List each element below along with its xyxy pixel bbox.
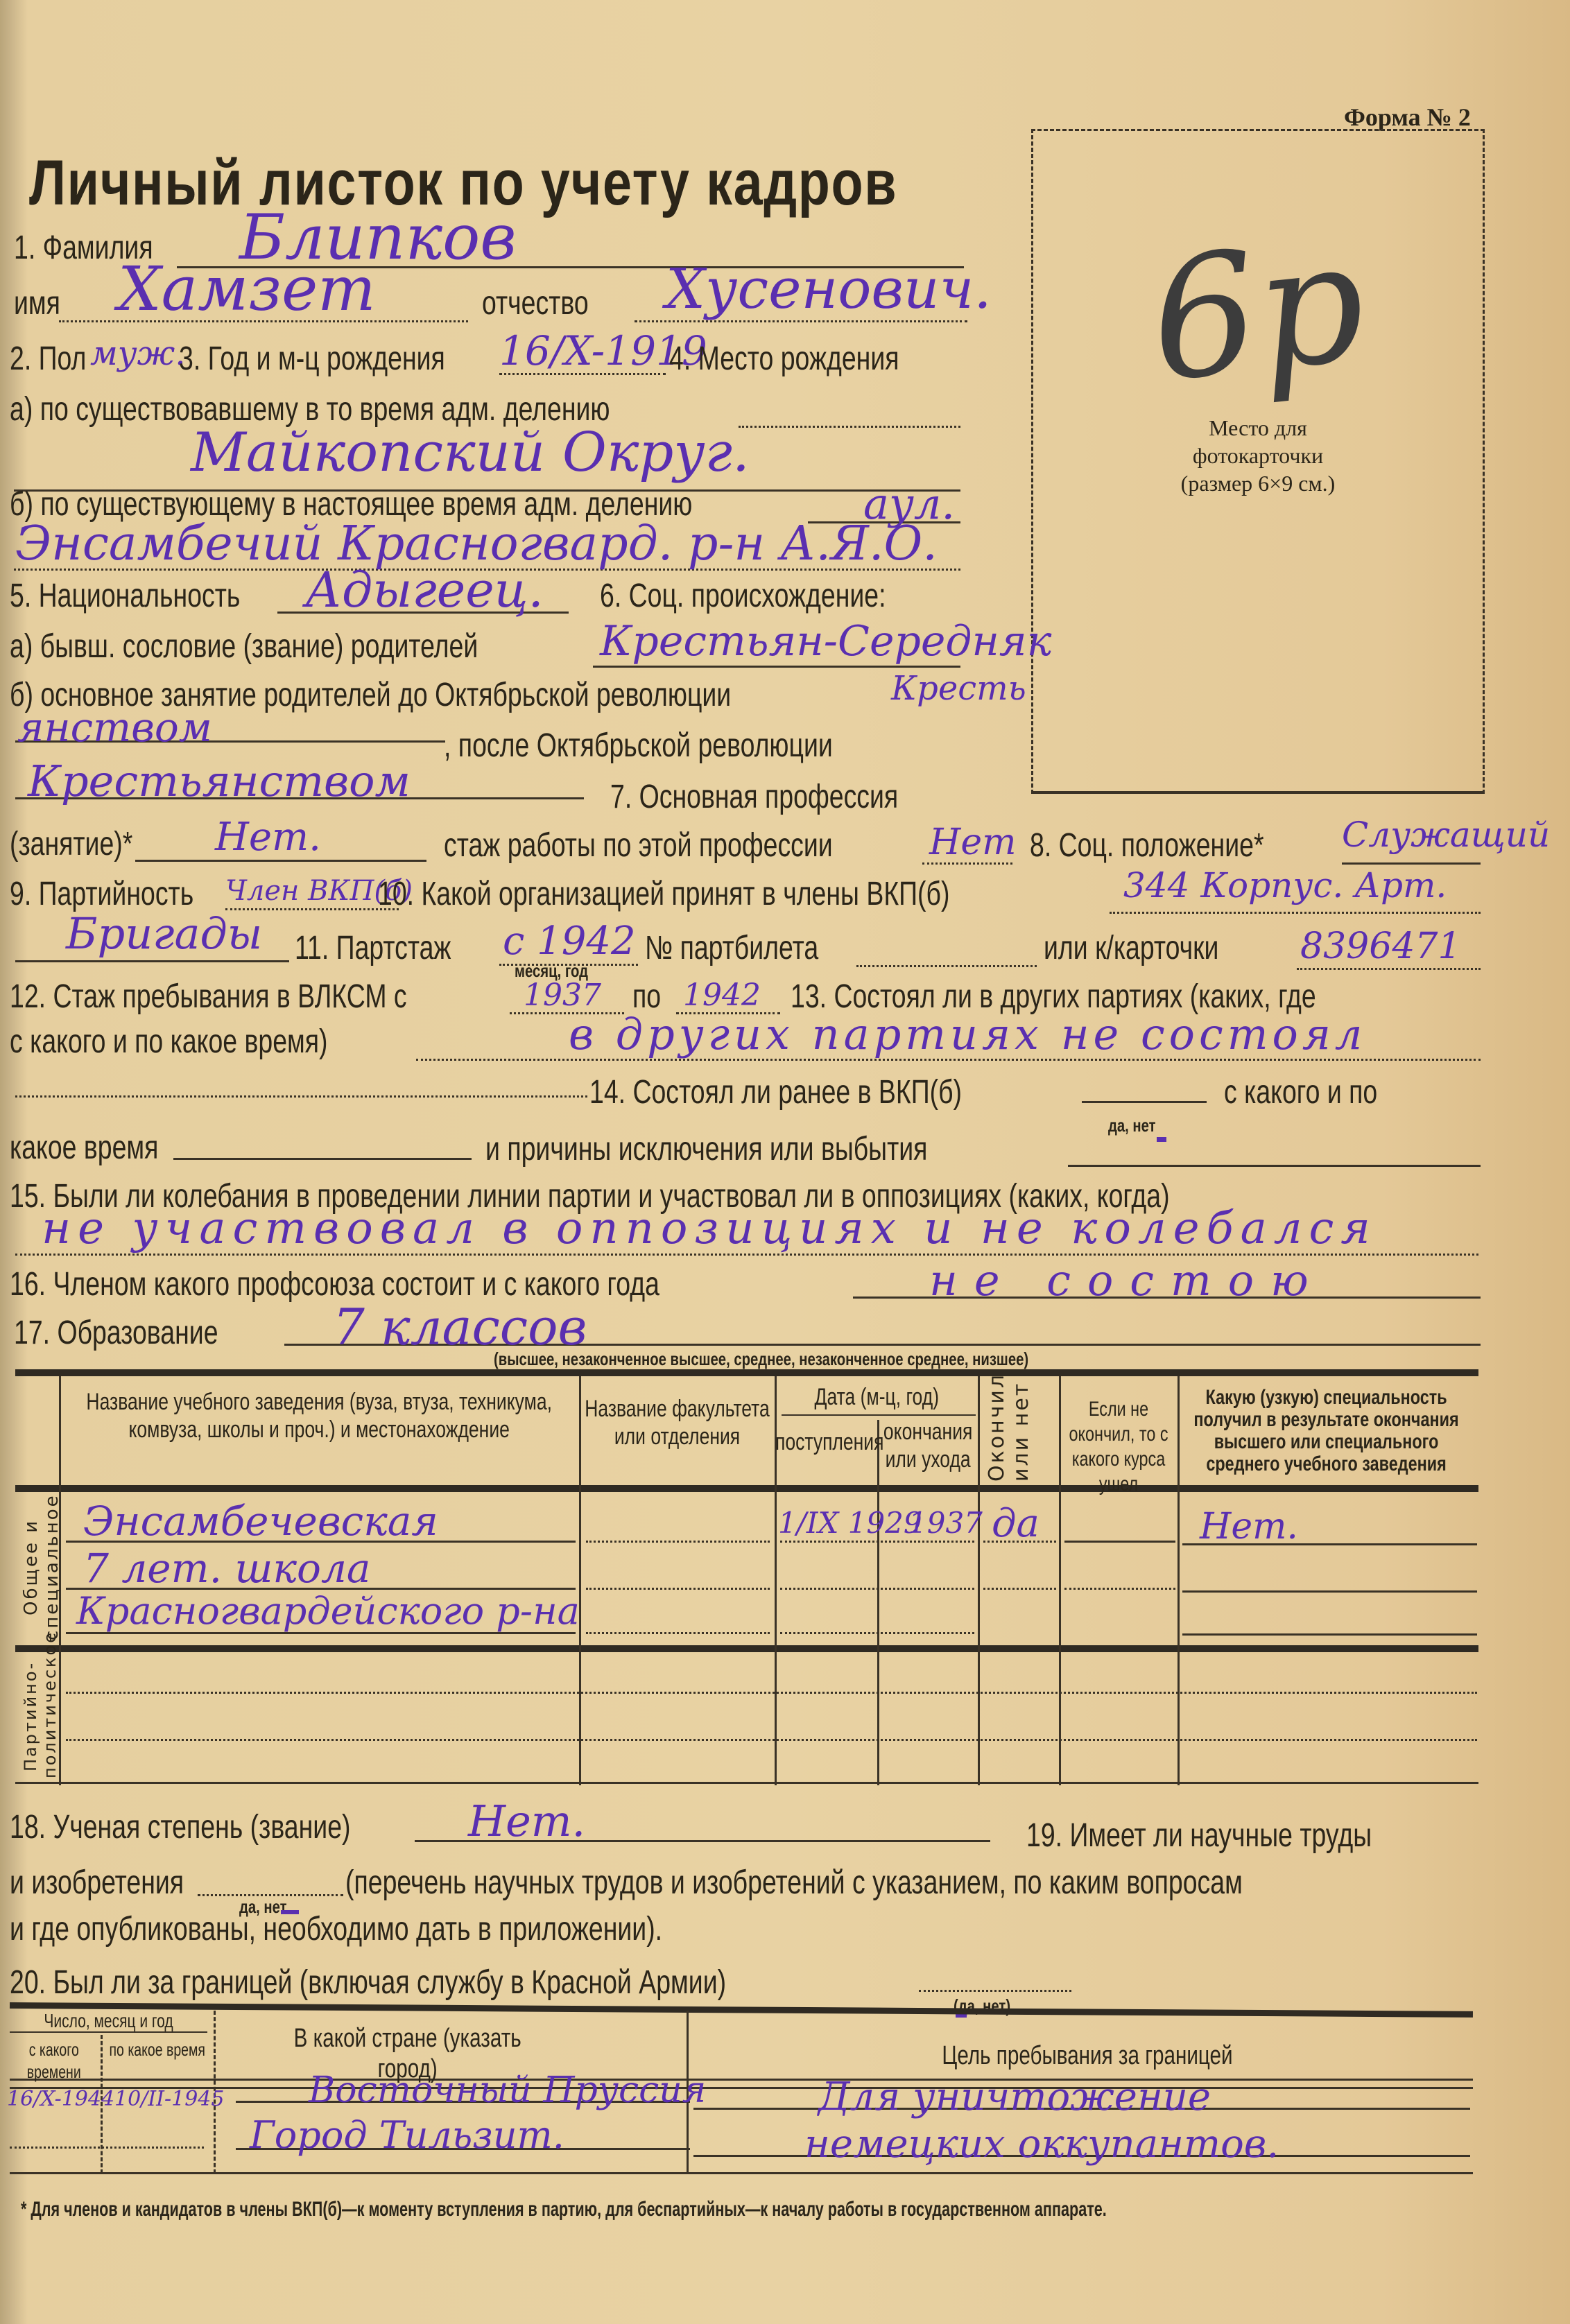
abroad-from[interactable]: 16/X-1944	[7, 2087, 114, 2111]
former-vkpb-label: 14. Состоял ли ранее в ВКП(б)	[589, 1073, 962, 1111]
section-general: Общее и специальное	[21, 1491, 55, 1643]
abroad-country-line1[interactable]: Восточный Пруссия	[309, 2070, 706, 2111]
experience-label: стаж работы по этой профессии	[444, 826, 833, 865]
abroad-header-to: по какое время	[103, 2038, 212, 2061]
birth-date-label: 3. Год и м-ц рождения	[179, 340, 445, 378]
edu-entered[interactable]: 1/IX 1929	[778, 1506, 922, 1540]
education-label: 17. Образование	[14, 1314, 218, 1352]
org-label: 10. Какой организацией принят в члены ВК…	[378, 875, 949, 913]
profession-value[interactable]: Нет.	[215, 815, 321, 860]
nationality-label: 5. Национальность	[10, 577, 240, 615]
former-vkpb-reasons-label: и причины исключения или выбытия	[485, 1130, 927, 1168]
header-entered: поступления	[775, 1428, 878, 1456]
edu-school-line1[interactable]: Энсамбечевская	[83, 1498, 438, 1545]
works-label: 19. Имеет ли научные труды	[1026, 1816, 1372, 1855]
degree-label: 18. Ученая степень (звание)	[10, 1808, 350, 1846]
education-value[interactable]: 7 классов	[333, 1298, 587, 1356]
patronymic-value[interactable]: Хусенович.	[666, 257, 992, 321]
edu-school-line2[interactable]: 7 лет. школа	[83, 1545, 370, 1592]
photo-label-3: (размер 6×9 см.)	[1033, 471, 1483, 496]
komsomol-label: 12. Стаж пребывания в ВЛКСМ с	[10, 978, 407, 1016]
occupation-after-label: , после Октябрьской революции	[444, 727, 833, 765]
party-tenure-value[interactable]: с 1942	[503, 919, 636, 964]
sex-label: 2. Пол	[10, 340, 86, 378]
photo-label-1: Место для	[1033, 415, 1483, 441]
occupation-before-value-1[interactable]: Кресть	[891, 669, 1026, 708]
org-value-1[interactable]: 344 Корпус. Арт.	[1123, 865, 1447, 905]
works-label-2: и изобретения	[10, 1864, 184, 1902]
header-course: Если не окончил, то с какого курса ушел	[1060, 1397, 1177, 1497]
edu-school-line3[interactable]: Красногвардейского р-на	[76, 1589, 580, 1633]
header-specialty: Какую (узкую) специальность получил в ре…	[1179, 1387, 1474, 1475]
header-finished: Окончил или нет	[985, 1381, 1051, 1482]
pencil-mark: 6р	[1141, 204, 1373, 419]
abroad-header-from: с какого времени	[10, 2038, 98, 2083]
edu-finished[interactable]: да	[992, 1501, 1040, 1546]
union-value[interactable]: не состою	[929, 1255, 1325, 1306]
name-value[interactable]: Хамзет	[118, 253, 376, 324]
party-card-label: № партбилета	[645, 929, 818, 967]
profession-label: 7. Основная профессия	[610, 778, 898, 816]
name-label: имя	[14, 284, 60, 322]
photo-label-2: фотокарточки	[1033, 443, 1483, 469]
nationality-value[interactable]: Адыгеец.	[305, 562, 544, 618]
estate-label: а) бывш. сословие (звание) родителей	[10, 627, 478, 666]
abroad-purpose-line1[interactable]: Для уничтожение	[818, 2074, 1211, 2119]
header-faculty: Название факультета или отделения	[583, 1395, 772, 1450]
abroad-label: 20. Был ли за границей (включая службу в…	[10, 1963, 726, 2002]
former-vkpb-time-label: какое время	[10, 1129, 158, 1167]
former-vkpb-from-label: с какого и по	[1224, 1073, 1377, 1111]
estate-value[interactable]: Крестьян-Середняк	[600, 617, 1051, 666]
other-parties-label-2: с какого и по какое время)	[10, 1023, 328, 1061]
works-text-2: и где опубликованы, необходимо дать в пр…	[10, 1910, 662, 1948]
edu-left[interactable]: 1937	[908, 1506, 983, 1540]
section-party: Партийно-политическое	[21, 1654, 55, 1778]
org-value-2[interactable]: Бригады	[66, 908, 262, 959]
occupation-after-value[interactable]: Крестьянством	[28, 756, 411, 806]
header-left: окончания или ухода	[878, 1418, 978, 1473]
party-label: 9. Партийность	[10, 875, 193, 913]
candidate-card-label: или к/карточки	[1044, 929, 1218, 967]
header-date-group: Дата (м-ц, год)	[777, 1383, 977, 1411]
header-school: Название учебного заведения (вуза, втуза…	[54, 1388, 584, 1443]
opposition-value[interactable]: не участвовал в оппозициях и не колебалс…	[42, 1203, 1377, 1254]
party-tenure-label: 11. Партстаж	[295, 929, 451, 967]
abroad-country-line2[interactable]: Город Тильзит.	[250, 2113, 564, 2157]
komsomol-from[interactable]: 1937	[524, 978, 601, 1013]
social-status-value[interactable]: Служащий	[1342, 815, 1550, 855]
experience-value[interactable]: Нет	[929, 822, 1016, 863]
degree-value[interactable]: Нет.	[468, 1796, 585, 1846]
footnote: * Для членов и кандидатов в члены ВКП(б)…	[21, 2198, 1107, 2221]
photo-placeholder-box: 6р Место для фотокарточки (размер 6×9 см…	[1031, 129, 1485, 794]
birthplace-a-value[interactable]: Майкопский Округ.	[191, 422, 750, 484]
candidate-card-value[interactable]: 8396471	[1300, 926, 1461, 967]
occupation-before-value-2[interactable]: янством	[17, 704, 212, 751]
edu-specialty[interactable]: Нет.	[1200, 1506, 1298, 1547]
komsomol-to[interactable]: 1942	[683, 978, 761, 1013]
education-hint: (высшее, незаконченное высшее, среднее, …	[494, 1349, 1028, 1370]
abroad-purpose-line2[interactable]: немецких оккупантов.	[804, 2122, 1279, 2167]
former-vkpb-hint: да, нет	[1108, 1115, 1156, 1136]
social-status-label: 8. Соц. положение*	[1030, 826, 1264, 865]
birthplace-label: 4. Место рождения	[669, 340, 899, 378]
abroad-header-date-group: Число, месяц и год	[10, 2007, 207, 2035]
patronymic-label: отчество	[482, 284, 589, 322]
abroad-header-purpose: Цель пребывания за границей	[763, 2042, 1412, 2070]
form-number: Форма № 2	[1344, 103, 1471, 132]
profession-label-2: (занятие)*	[10, 825, 132, 863]
abroad-to[interactable]: 10/II-1945	[114, 2087, 224, 2111]
other-parties-value[interactable]: в других партиях не состоял	[569, 1009, 1366, 1059]
works-text: (перечень научных трудов и изобретений с…	[345, 1864, 1243, 1902]
former-vkpb-no-mark	[1157, 1137, 1166, 1142]
sex-value[interactable]: муж.	[90, 334, 185, 373]
social-origin-label: 6. Соц. происхождение:	[600, 577, 886, 615]
personnel-record-sheet: Форма № 2 Личный листок по учету кадров …	[0, 0, 1570, 2324]
